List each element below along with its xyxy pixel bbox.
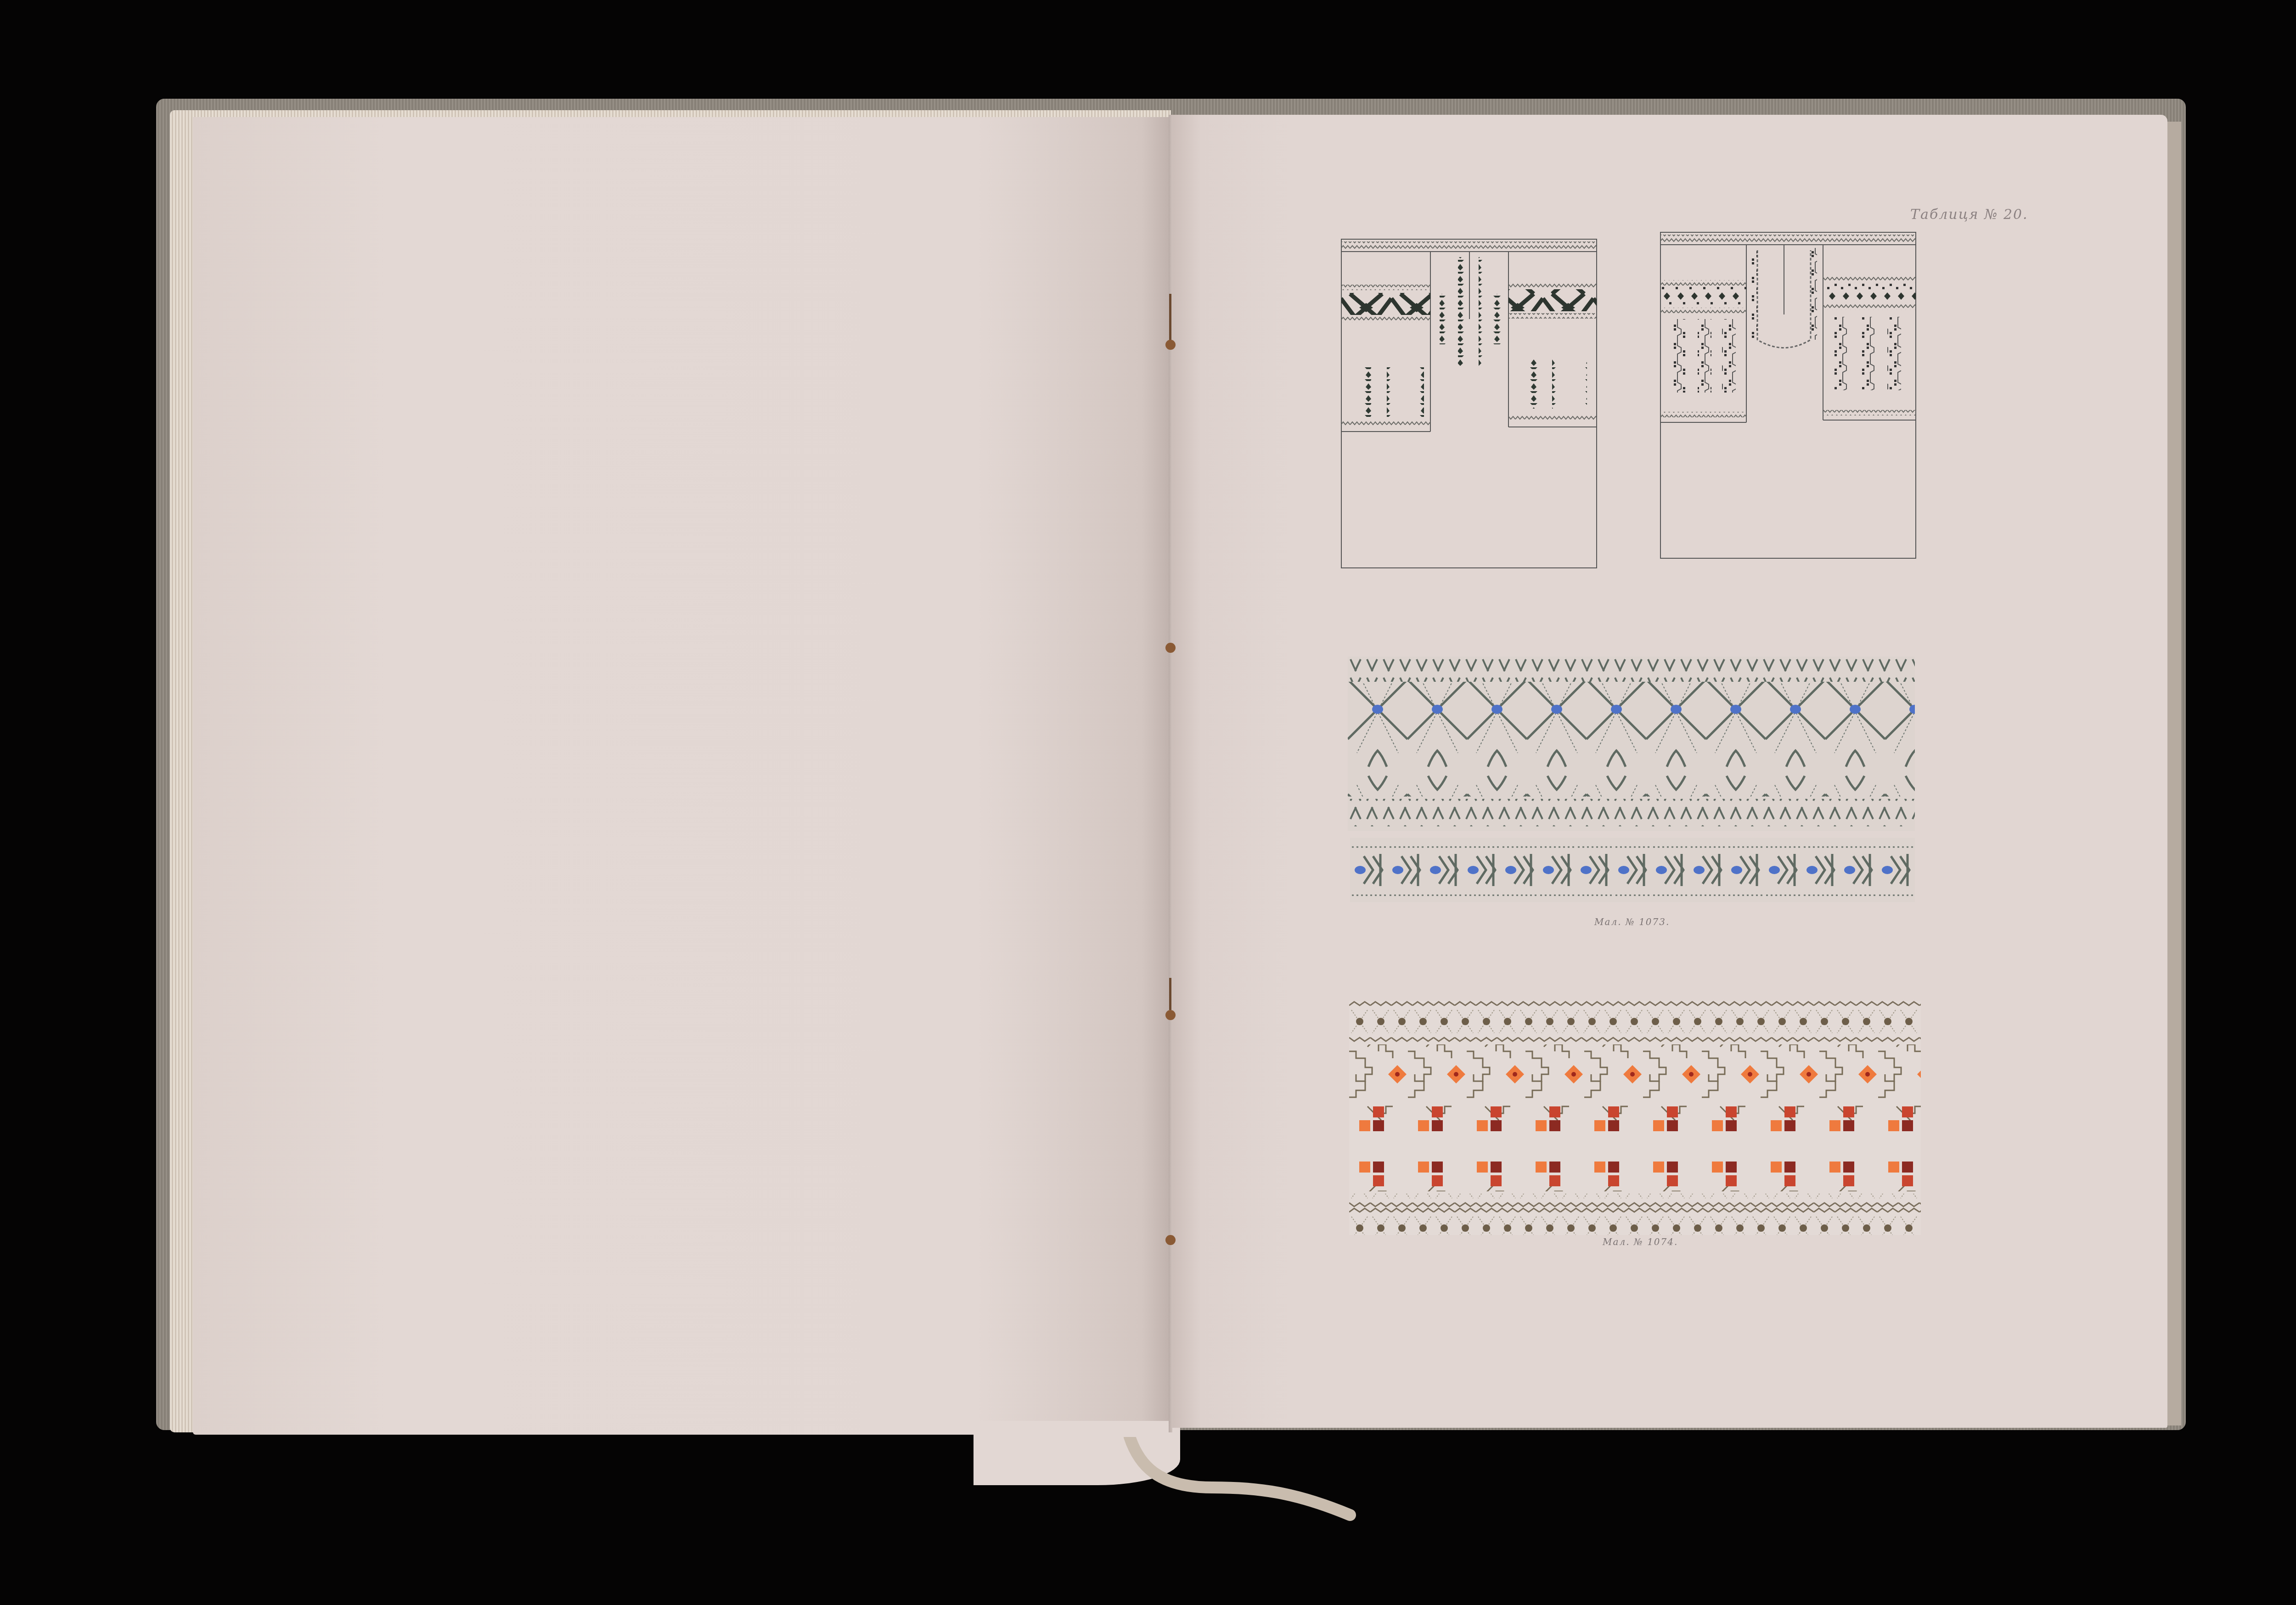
binding-hole [1165,1010,1176,1020]
binding-hole [1165,643,1176,653]
left-page-blank[interactable] [193,117,1171,1435]
binding-thread [1169,294,1171,344]
embroidery-band-red [1349,1001,1921,1235]
shirt-diagram-left [1341,239,1598,569]
embroidery-band-blue-wide [1348,657,1915,831]
plate-title: Таблиця № 20. [1910,207,2028,223]
embroidery-band-blue-narrow [1350,838,1915,902]
shirt-diagram-right [1660,232,1917,560]
binding-thread [1169,978,1171,1010]
bookmark-ribbon[interactable] [1120,1437,1378,1529]
binding-hole [1165,1235,1176,1245]
caption-figure-1074: Мал. № 1074. [1603,1236,1678,1247]
page-edge-right [2167,122,2181,1425]
caption-figure-1073: Мал. № 1073. [1594,916,1670,927]
binding-hole [1165,340,1176,350]
